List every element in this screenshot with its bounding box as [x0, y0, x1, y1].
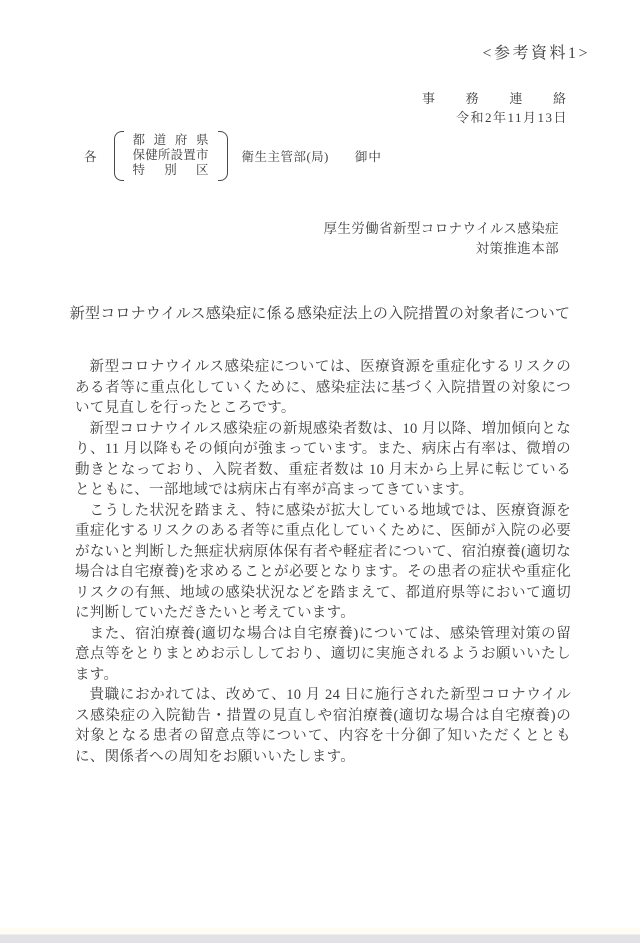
viewer-bottom-bar [0, 934, 640, 943]
addressee-list: 都道府県 保健所設置市 特別区 [131, 131, 211, 181]
doc-type-label: 事務連絡 [422, 88, 566, 107]
left-bracket [114, 131, 124, 181]
addressee-option-cities: 保健所設置市 [133, 148, 209, 163]
document-page: <参考資料1> 事務連絡 令和2年11月13日 各 都道府県 保健所設置市 特別… [0, 0, 640, 943]
addressee-department: 衛生主管部(局) [242, 147, 329, 165]
body-paragraph: こうした状況を踏まえ、特に感染が拡大している地域では、医療資源を重症化するリスク… [75, 501, 571, 624]
addressee-prefix: 各 [84, 147, 97, 165]
addressee-honorific: 御中 [355, 147, 382, 165]
addressee-option-special-wards: 特別区 [133, 163, 209, 178]
sender-block: 厚生労働省新型コロナウイルス感染症 対策推進本部 [324, 219, 560, 259]
addressee-option-prefectures: 都道府県 [133, 133, 209, 148]
document-title: 新型コロナウイルス感染症に係る感染症法上の入院措置の対象者について [0, 302, 640, 323]
sender-line-1: 厚生労働省新型コロナウイルス感染症 [324, 219, 560, 239]
right-bracket [218, 131, 228, 181]
body-paragraph: また、宿泊療養(適切な場合は自宅療養)については、感染管理対策の留意点等をとりま… [75, 624, 571, 686]
document-date: 令和2年11月13日 [456, 107, 568, 126]
addressee-block: 各 都道府県 保健所設置市 特別区 衛生主管部(局) 御中 [84, 131, 382, 181]
body-paragraph: 貴職におかれては、改めて、10 月 24 日に施行された新型コロナウイルス感染症… [75, 685, 571, 767]
body-paragraph: 新型コロナウイルス感染症の新規感染者数は、10 月以降、増加傾向となり、11 月… [75, 419, 571, 501]
body-paragraph: 新型コロナウイルス感染症については、医療資源を重症化するリスクのある者等に重点化… [75, 357, 571, 419]
reference-label: <参考資料1> [482, 40, 590, 63]
document-body: 新型コロナウイルス感染症については、医療資源を重症化するリスクのある者等に重点化… [75, 357, 571, 767]
sender-line-2: 対策推進本部 [324, 239, 560, 259]
